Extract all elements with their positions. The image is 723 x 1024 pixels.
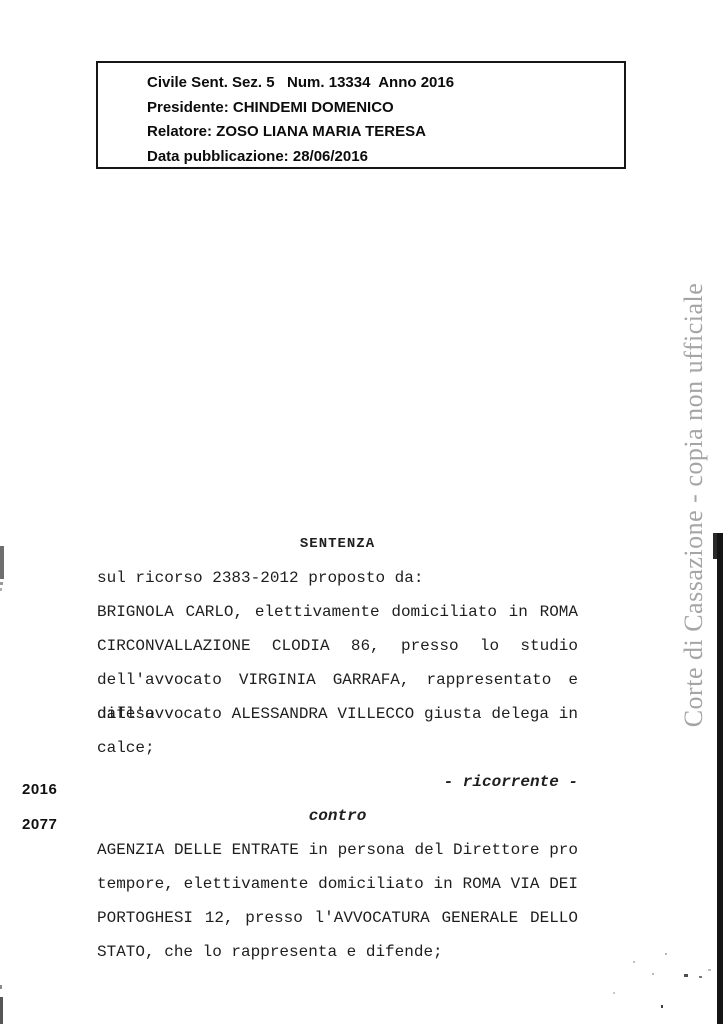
president-line: Presidente: CHINDEMI DOMENICO: [147, 96, 624, 121]
watermark-vertical-text: Corte di Cassazione - copia non ufficial…: [679, 283, 709, 728]
scan-artifact-right-nub: [713, 533, 717, 559]
case-header-lines: Civile Sent. Sez. 5 Num. 13334 Anno 2016…: [98, 63, 624, 169]
margin-number-top: 2016: [22, 781, 57, 798]
case-reference-line: Civile Sent. Sez. 5 Num. 13334 Anno 2016: [147, 71, 624, 96]
body-line: PORTOGHESI 12, presso l'AVVOCATURA GENER…: [97, 901, 578, 935]
judgment-body: SENTENZA sul ricorso 2383-2012 proposto …: [97, 527, 578, 969]
scan-artifact-left-dash: [0, 588, 2, 591]
body-line: STATO, che lo rappresenta e difende;: [97, 935, 578, 969]
scan-artifact-left-speck: [0, 985, 2, 989]
body-line: dall'avvocato ALESSANDRA VILLECCO giusta…: [97, 697, 578, 731]
ricorrente-label: - ricorrente -: [97, 765, 578, 799]
body-line: CIRCONVALLAZIONE CLODIA 86, presso lo st…: [97, 629, 578, 663]
scan-artifact-left-bottom-bar: [0, 997, 3, 1024]
scan-artifact-speck: [699, 976, 702, 978]
body-line: BRIGNOLA CARLO, elettivamente domiciliat…: [97, 595, 578, 629]
body-line: tempore, elettivamente domiciliato in RO…: [97, 867, 578, 901]
scan-artifact-speck: [684, 974, 688, 977]
rapporteur-line: Relatore: ZOSO LIANA MARIA TERESA: [147, 120, 624, 145]
scan-artifact-speck: [661, 1005, 663, 1008]
contro-label: contro: [97, 799, 578, 833]
scan-artifact-left-dash: [0, 582, 3, 585]
case-header-box: Civile Sent. Sez. 5 Num. 13334 Anno 2016…: [96, 61, 626, 169]
margin-number-bottom: 2077: [22, 816, 57, 833]
document-page: Civile Sent. Sez. 5 Num. 13334 Anno 2016…: [0, 0, 723, 1024]
scan-artifact-right-bar: [717, 533, 723, 1024]
body-line: calce;: [97, 731, 578, 765]
scan-artifact-speck: [652, 973, 654, 975]
scan-artifact-speck: [613, 992, 615, 994]
body-line: dell'avvocato VIRGINIA GARRAFA, rapprese…: [97, 663, 578, 697]
publication-date-line: Data pubblicazione: 28/06/2016: [147, 145, 624, 170]
scan-artifact-speck: [665, 953, 667, 955]
body-line: AGENZIA DELLE ENTRATE in persona del Dir…: [97, 833, 578, 867]
scan-artifact-speck: [708, 969, 711, 971]
document-title: SENTENZA: [97, 527, 578, 561]
scan-artifact-left-bar: [0, 546, 4, 579]
body-line-intro: sul ricorso 2383-2012 proposto da:: [97, 561, 578, 595]
scan-artifact-speck: [633, 961, 635, 963]
